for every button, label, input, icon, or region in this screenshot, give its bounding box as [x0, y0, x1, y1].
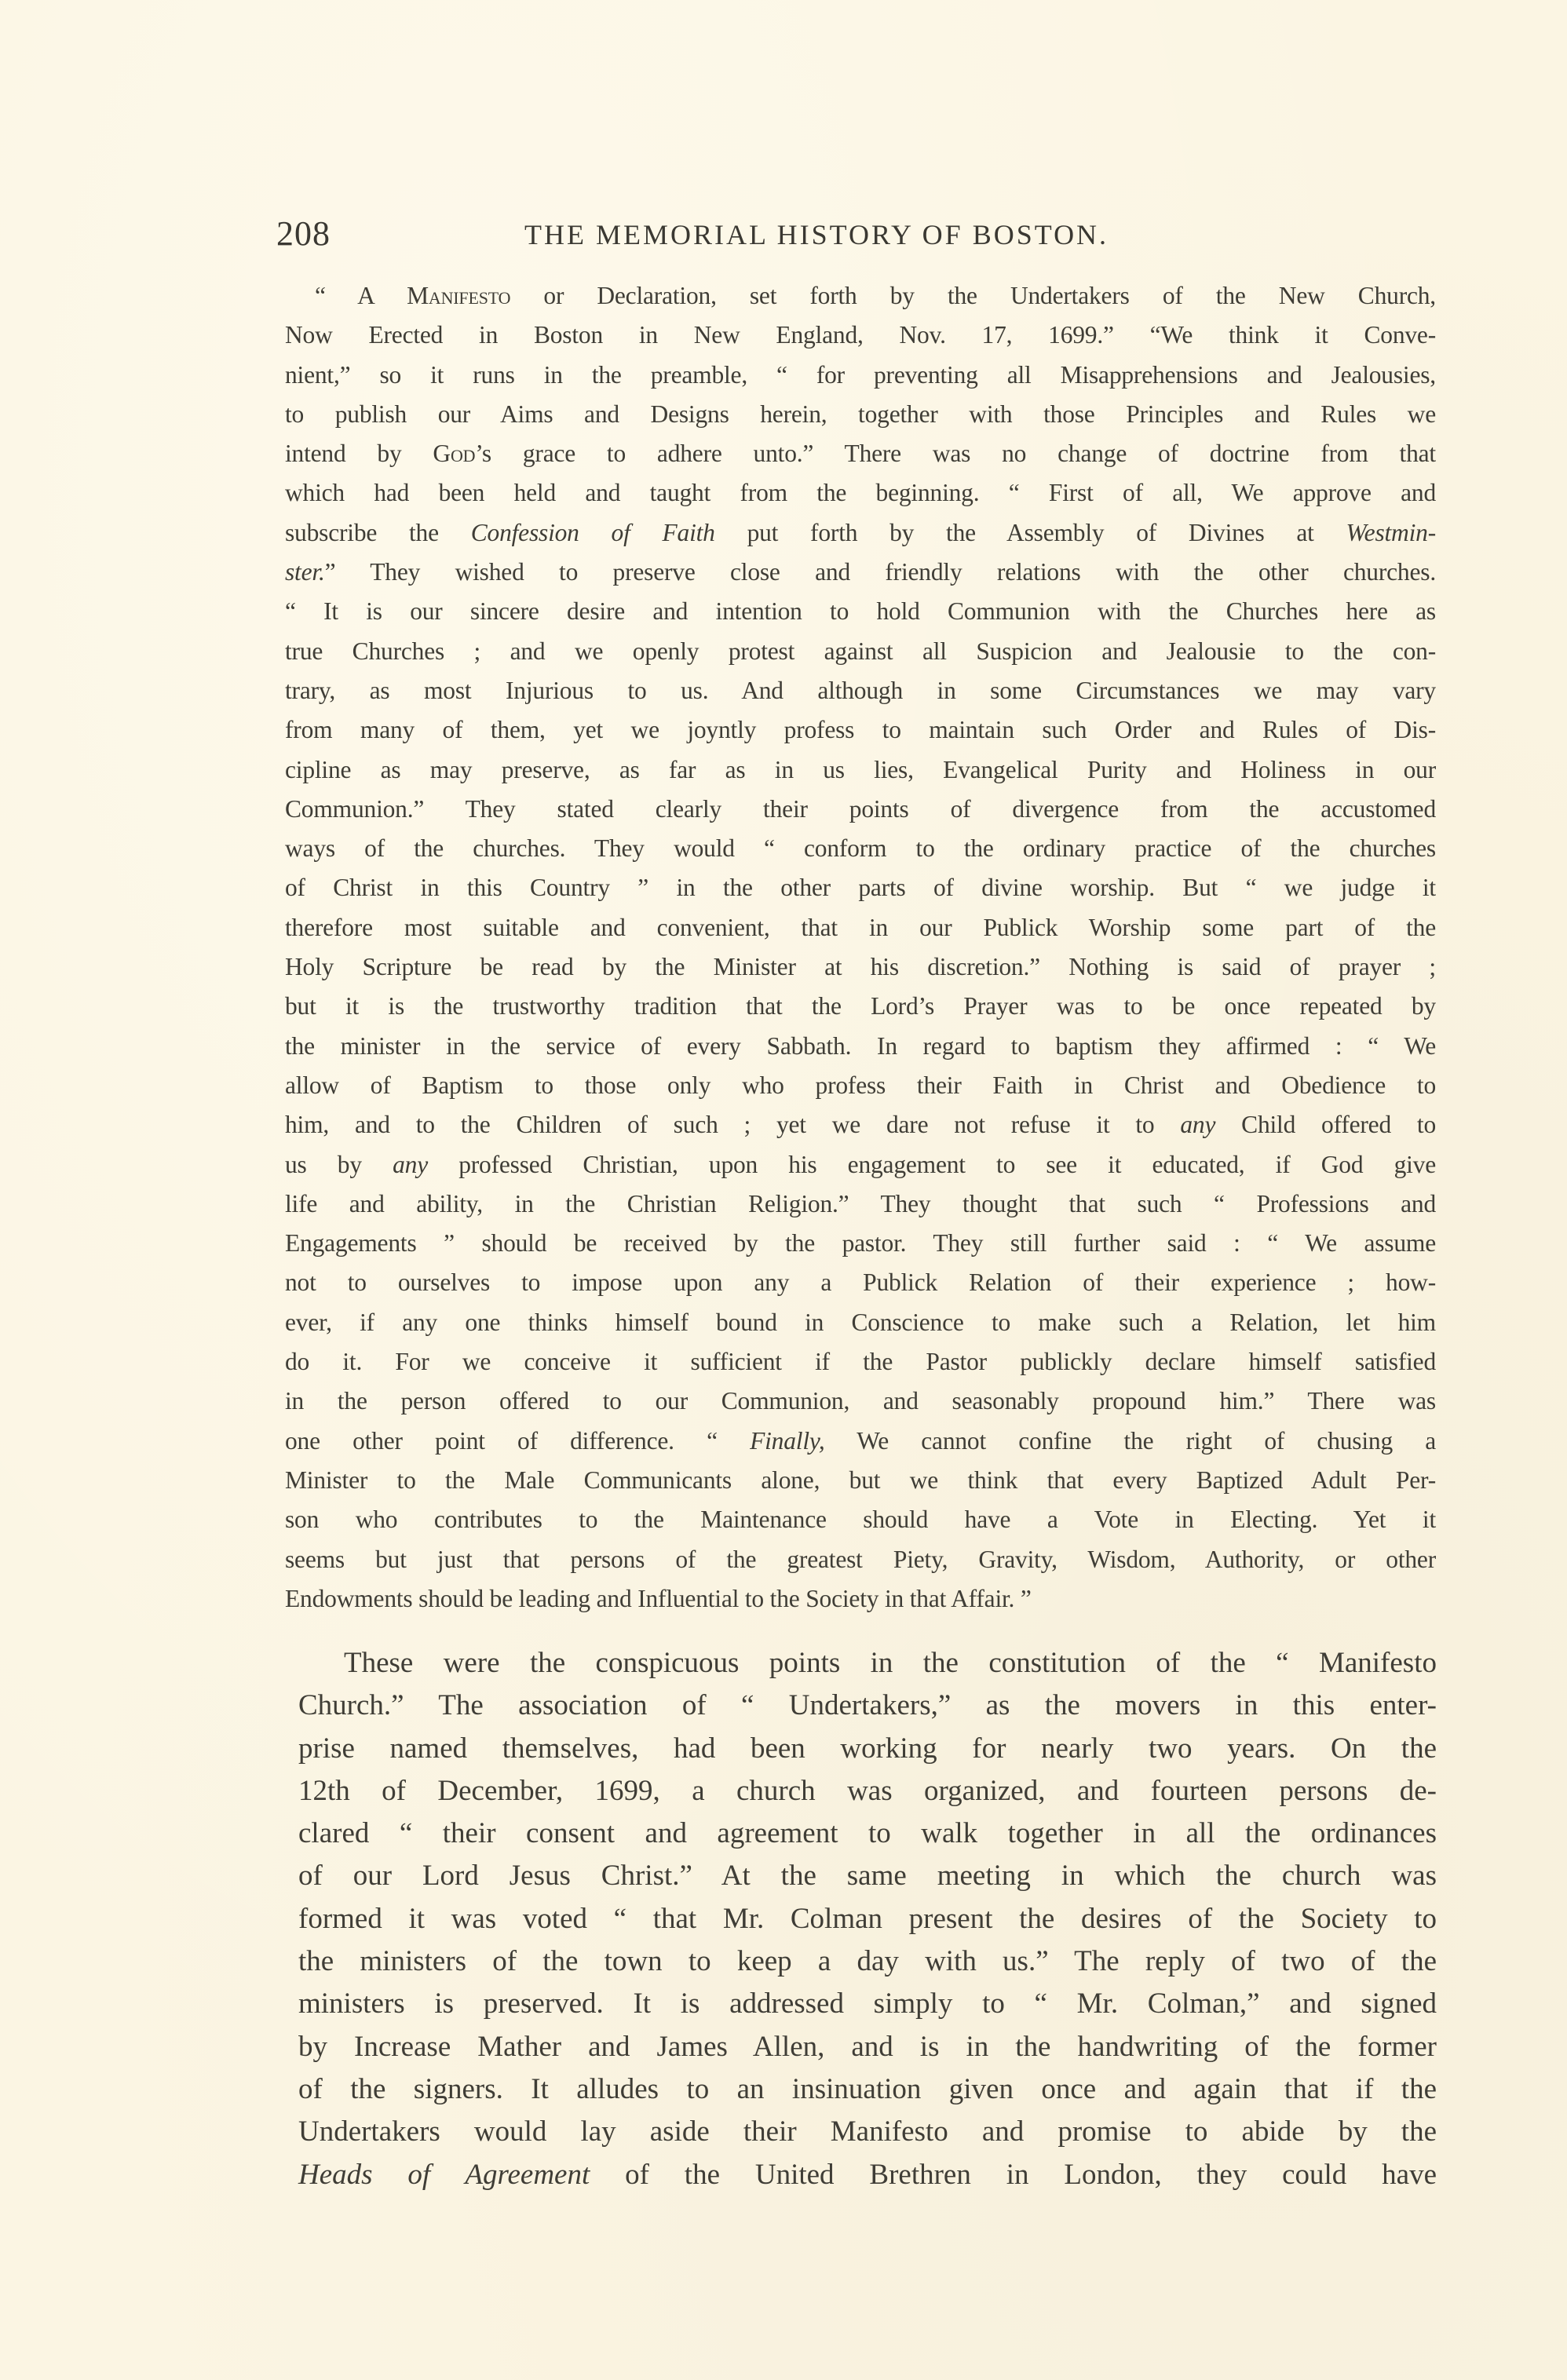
- text-run: ” They wished to preserve close and frie…: [325, 558, 1436, 586]
- text-line: us by any professed Christian, upon his …: [285, 1145, 1436, 1185]
- running-head: 208 THE MEMORIAL HISTORY OF BOSTON.: [276, 214, 1445, 253]
- body-paragraph: These were the conspicuous points in the…: [298, 1642, 1437, 2196]
- text-run: from many of them, yet we joyntly profes…: [285, 716, 1436, 743]
- text-line: nient,” so it runs in the preamble, “ fo…: [285, 356, 1436, 395]
- text-run: nient,” so it runs in the preamble, “ fo…: [285, 361, 1436, 389]
- text-run: “ A: [315, 282, 407, 309]
- text-run: which had been held and taught from the …: [285, 479, 1436, 506]
- text-run: subscribe the: [285, 519, 471, 546]
- small-caps-text: Manifesto: [407, 282, 510, 309]
- text-run: cipline as may preserve, as far as in us…: [285, 756, 1436, 783]
- text-run: Engagements ” should be received by the …: [285, 1229, 1436, 1257]
- text-run: by Increase Mather and James Allen, and …: [298, 2031, 1437, 2063]
- text-run: of our Lord Jesus Christ.” At the same m…: [298, 1860, 1437, 1892]
- text-line: in the person offered to our Communion, …: [285, 1382, 1436, 1421]
- text-run: not to ourselves to impose upon any a Pu…: [285, 1268, 1436, 1296]
- text-run: ’s grace to adhere unto.” There was no c…: [475, 440, 1436, 467]
- text-run: allow of Baptism to those only who profe…: [285, 1071, 1436, 1099]
- text-line: cipline as may preserve, as far as in us…: [285, 750, 1436, 790]
- text-run: We cannot confine the right of chusing a: [825, 1427, 1436, 1455]
- text-line: but it is the trustworthy tradition that…: [285, 987, 1436, 1026]
- text-run: clared “ their consent and agreement to …: [298, 1817, 1437, 1849]
- text-line: Now Erected in Boston in New England, No…: [285, 316, 1436, 355]
- page-number: 208: [276, 214, 331, 254]
- text-line: allow of Baptism to those only who profe…: [285, 1066, 1436, 1105]
- text-line: by Increase Mather and James Allen, and …: [298, 2026, 1437, 2068]
- text-line: “ It is our sincere desire and intention…: [285, 592, 1436, 631]
- text-line: of our Lord Jesus Christ.” At the same m…: [298, 1855, 1437, 1897]
- text-run: “ It is our sincere desire and intention…: [285, 597, 1436, 625]
- text-line: of the signers. It alludes to an insinua…: [298, 2068, 1437, 2111]
- book-page: 208 THE MEMORIAL HISTORY OF BOSTON. “ A …: [0, 0, 1567, 2380]
- text-run: seems but just that persons of the great…: [285, 1546, 1436, 1573]
- text-run: true Churches ; and we openly protest ag…: [285, 637, 1436, 665]
- text-run: him, and to the Children of such ; yet w…: [285, 1111, 1180, 1138]
- text-run: ministers is preserved. It is addressed …: [298, 1988, 1437, 2020]
- text-run: put forth by the Assembly of Divines at: [715, 519, 1346, 546]
- text-run: life and ability, in the Christian Relig…: [285, 1190, 1436, 1217]
- text-run: intend by: [285, 440, 433, 467]
- text-run: Child offered to: [1215, 1111, 1436, 1138]
- small-caps-text: God: [433, 440, 475, 467]
- italic-text: ster.: [285, 558, 325, 586]
- text-run: These were the conspicuous points in the…: [344, 1647, 1437, 1679]
- text-line: clared “ their consent and agreement to …: [298, 1812, 1437, 1855]
- text-run: of the United Brethren in London, they c…: [590, 2159, 1437, 2191]
- text-line: intend by God’s grace to adhere unto.” T…: [285, 434, 1436, 473]
- text-run: ever, if any one thinks himself bound in…: [285, 1309, 1436, 1336]
- text-line: subscribe the Confession of Faith put fo…: [285, 513, 1436, 553]
- text-run: trary, as most Injurious to us. And alth…: [285, 677, 1436, 704]
- text-line: Church.” The association of “ Undertaker…: [298, 1685, 1437, 1727]
- text-line: Engagements ” should be received by the …: [285, 1224, 1436, 1263]
- italic-text: Confession of Faith: [471, 519, 715, 546]
- text-line: Endowments should be leading and Influen…: [285, 1579, 1436, 1619]
- text-line: seems but just that persons of the great…: [285, 1540, 1436, 1579]
- italic-text: Westmin-: [1346, 519, 1436, 546]
- text-line: which had been held and taught from the …: [285, 473, 1436, 513]
- text-line: not to ourselves to impose upon any a Pu…: [285, 1263, 1436, 1302]
- text-run: formed it was voted “ that Mr. Colman pr…: [298, 1903, 1437, 1935]
- text-line: the minister in the service of every Sab…: [285, 1027, 1436, 1066]
- text-line: to publish our Aims and Designs herein, …: [285, 395, 1436, 434]
- text-line: Undertakers would lay aside their Manife…: [298, 2111, 1437, 2153]
- text-run: prise named themselves, had been working…: [298, 1732, 1437, 1765]
- text-run: Endowments should be leading and Influen…: [285, 1585, 1032, 1612]
- text-run: of the signers. It alludes to an insinua…: [298, 2073, 1437, 2105]
- text-run: professed Christian, upon his engagement…: [428, 1151, 1436, 1178]
- text-line: ministers is preserved. It is addressed …: [298, 1983, 1437, 2025]
- text-line: the ministers of the town to keep a day …: [298, 1940, 1437, 1983]
- running-title: THE MEMORIAL HISTORY OF BOSTON.: [524, 218, 1109, 251]
- text-line: life and ability, in the Christian Relig…: [285, 1185, 1436, 1224]
- text-line: These were the conspicuous points in the…: [298, 1642, 1437, 1685]
- text-run: the minister in the service of every Sab…: [285, 1032, 1436, 1060]
- text-line: formed it was voted “ that Mr. Colman pr…: [298, 1898, 1437, 1940]
- text-run: ways of the churches. They would “ confo…: [285, 834, 1436, 862]
- text-run: or Declaration, set forth by the Underta…: [510, 282, 1436, 309]
- text-run: us by: [285, 1151, 393, 1178]
- text-line: true Churches ; and we openly protest ag…: [285, 632, 1436, 671]
- text-line: “ A Manifesto or Declaration, set forth …: [285, 276, 1436, 316]
- text-line: ways of the churches. They would “ confo…: [285, 829, 1436, 868]
- text-line: son who contributes to the Maintenance s…: [285, 1500, 1436, 1539]
- text-run: to publish our Aims and Designs herein, …: [285, 400, 1436, 428]
- text-line: 12th of December, 1699, a church was org…: [298, 1770, 1437, 1812]
- italic-text: Heads of Agreement: [298, 2159, 590, 2191]
- text-run: but it is the trustworthy tradition that…: [285, 992, 1436, 1020]
- text-run: Undertakers would lay aside their Manife…: [298, 2115, 1437, 2148]
- text-line: one other point of difference. “ Finally…: [285, 1422, 1436, 1461]
- text-run: Now Erected in Boston in New England, No…: [285, 321, 1436, 349]
- text-run: of Christ in this Country ” in the other…: [285, 874, 1436, 901]
- text-line: do it. For we conceive it sufficient if …: [285, 1342, 1436, 1382]
- text-line: Communion.” They stated clearly their po…: [285, 790, 1436, 829]
- text-line: therefore most suitable and convenient, …: [285, 908, 1436, 947]
- text-line: of Christ in this Country ” in the other…: [285, 868, 1436, 907]
- text-line: trary, as most Injurious to us. And alth…: [285, 671, 1436, 710]
- manifesto-quotation-block: “ A Manifesto or Declaration, set forth …: [285, 276, 1436, 1619]
- text-line: Heads of Agreement of the United Brethre…: [298, 2154, 1437, 2196]
- text-run: Church.” The association of “ Undertaker…: [298, 1689, 1437, 1721]
- italic-text: any: [1180, 1111, 1215, 1138]
- text-line: him, and to the Children of such ; yet w…: [285, 1105, 1436, 1144]
- text-line: Holy Scripture be read by the Minister a…: [285, 947, 1436, 987]
- text-line: Minister to the Male Communicants alone,…: [285, 1461, 1436, 1500]
- italic-text: Finally,: [750, 1427, 825, 1455]
- text-run: one other point of difference. “: [285, 1427, 750, 1455]
- text-run: in the person offered to our Communion, …: [285, 1387, 1436, 1414]
- text-line: from many of them, yet we joyntly profes…: [285, 710, 1436, 750]
- text-run: the ministers of the town to keep a day …: [298, 1945, 1437, 1977]
- text-line: prise named themselves, had been working…: [298, 1728, 1437, 1770]
- text-line: ster.” They wished to preserve close and…: [285, 553, 1436, 592]
- text-run: therefore most suitable and convenient, …: [285, 914, 1436, 941]
- text-run: son who contributes to the Maintenance s…: [285, 1506, 1436, 1533]
- text-run: Communion.” They stated clearly their po…: [285, 795, 1436, 823]
- text-line: ever, if any one thinks himself bound in…: [285, 1303, 1436, 1342]
- text-run: do it. For we conceive it sufficient if …: [285, 1348, 1436, 1375]
- text-run: Minister to the Male Communicants alone,…: [285, 1466, 1436, 1494]
- italic-text: any: [393, 1151, 428, 1178]
- text-run: 12th of December, 1699, a church was org…: [298, 1775, 1437, 1807]
- text-run: Holy Scripture be read by the Minister a…: [285, 953, 1436, 980]
